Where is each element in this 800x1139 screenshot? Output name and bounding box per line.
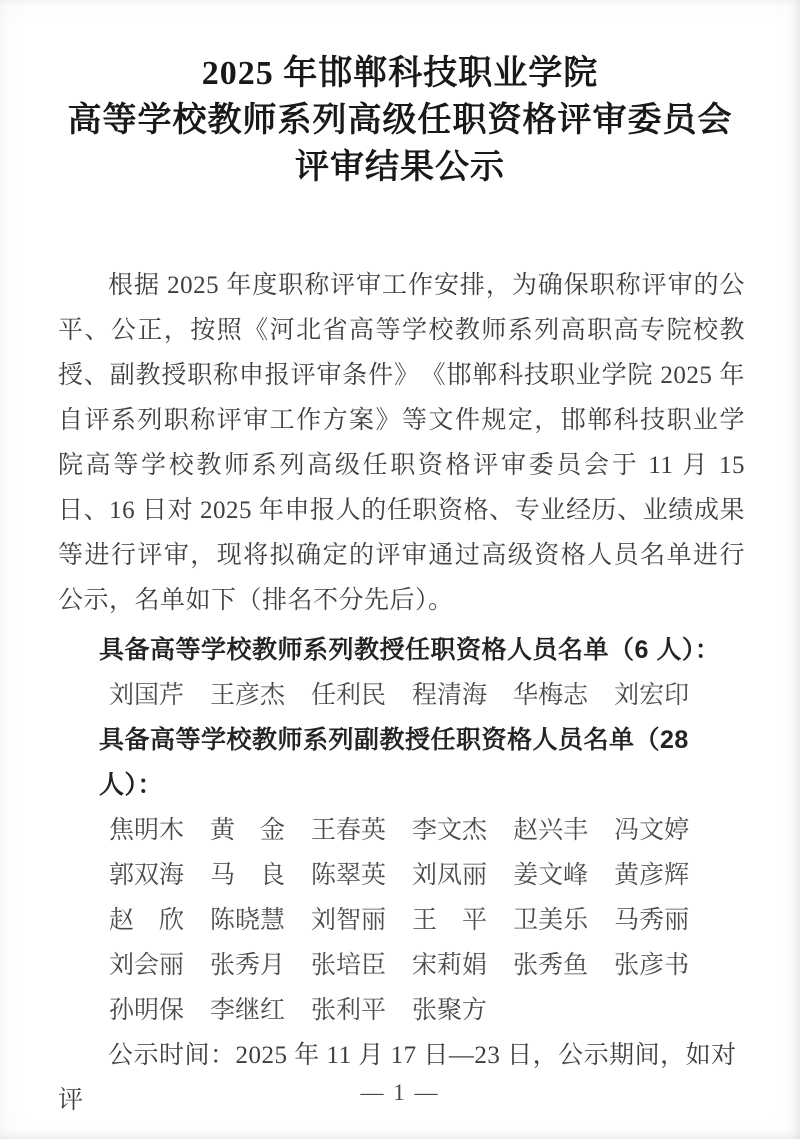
- person-name: 张秀鱼: [513, 943, 588, 988]
- professor-list-heading: 具备高等学校教师系列教授任职资格人员名单（6 人）：: [99, 628, 745, 673]
- person-name: 张利平: [311, 988, 386, 1033]
- person-name: 刘会丽: [109, 943, 184, 988]
- person-name: 华梅志: [513, 673, 588, 718]
- notice-period-line: 公示时间：2025 年 11 月 17 日—23 日，公示期间，如对评: [58, 1033, 745, 1123]
- person-name: 马秀丽: [614, 898, 689, 943]
- page-number: — 1 —: [0, 1080, 800, 1106]
- person-name: 马 良: [210, 853, 285, 898]
- person-name: 冯文婷: [614, 808, 689, 853]
- document-title: 2025 年邯郸科技职业学院 高等学校教师系列高级任职资格评审委员会 评审结果公…: [0, 0, 800, 191]
- person-name: 赵 欣: [109, 898, 184, 943]
- associate-name-row: 孙明保 李继红 张利平 张聚方: [109, 988, 745, 1033]
- professor-name-row: 刘国芹 王彦杰 任利民 程清海 华梅志 刘宏印: [109, 673, 745, 718]
- title-line-1: 2025 年邯郸科技职业学院: [0, 50, 800, 97]
- person-name: 孙明保: [109, 988, 184, 1033]
- person-name: 黄 金: [210, 808, 285, 853]
- person-name: 焦明木: [109, 808, 184, 853]
- associate-professor-list-heading: 具备高等学校教师系列副教授任职资格人员名单（28 人）：: [99, 718, 745, 808]
- associate-name-row: 赵 欣 陈晓慧 刘智丽 王 平 卫美乐 马秀丽: [109, 898, 745, 943]
- person-name: 任利民: [311, 673, 386, 718]
- person-name: 张秀月: [210, 943, 285, 988]
- person-name: 张彦书: [614, 943, 689, 988]
- person-name: 程清海: [412, 673, 487, 718]
- person-name: 刘智丽: [311, 898, 386, 943]
- person-name: 刘宏印: [614, 673, 689, 718]
- person-name: 张聚方: [412, 988, 487, 1033]
- person-name: 张培臣: [311, 943, 386, 988]
- title-line-2: 高等学校教师系列高级任职资格评审委员会: [0, 97, 800, 144]
- person-name: 黄彦辉: [614, 853, 689, 898]
- person-name: 姜文峰: [513, 853, 588, 898]
- associate-name-row: 郭双海 马 良 陈翠英 刘凤丽 姜文峰 黄彦辉: [109, 853, 745, 898]
- person-name: 赵兴丰: [513, 808, 588, 853]
- person-name: 王彦杰: [210, 673, 285, 718]
- person-name: 陈翠英: [311, 853, 386, 898]
- associate-name-row: 刘会丽 张秀月 张培臣 宋莉娟 张秀鱼 张彦书: [109, 943, 745, 988]
- person-name: 卫美乐: [513, 898, 588, 943]
- title-line-3: 评审结果公示: [0, 144, 800, 191]
- person-name: 宋莉娟: [412, 943, 487, 988]
- intro-paragraph: 根据 2025 年度职称评审工作安排，为确保职称评审的公平、公正，按照《河北省高…: [58, 263, 745, 623]
- person-name: 李继红: [210, 988, 285, 1033]
- person-name: 李文杰: [412, 808, 487, 853]
- person-name: 刘凤丽: [412, 853, 487, 898]
- document-page: 2025 年邯郸科技职业学院 高等学校教师系列高级任职资格评审委员会 评审结果公…: [0, 0, 800, 1139]
- person-name: 郭双海: [109, 853, 184, 898]
- person-name: 陈晓慧: [210, 898, 285, 943]
- associate-name-row: 焦明木 黄 金 王春英 李文杰 赵兴丰 冯文婷: [109, 808, 745, 853]
- person-name: 王 平: [412, 898, 487, 943]
- person-name: 王春英: [311, 808, 386, 853]
- person-name: 刘国芹: [109, 673, 184, 718]
- results-list-section: 具备高等学校教师系列教授任职资格人员名单（6 人）： 刘国芹 王彦杰 任利民 程…: [58, 628, 745, 1033]
